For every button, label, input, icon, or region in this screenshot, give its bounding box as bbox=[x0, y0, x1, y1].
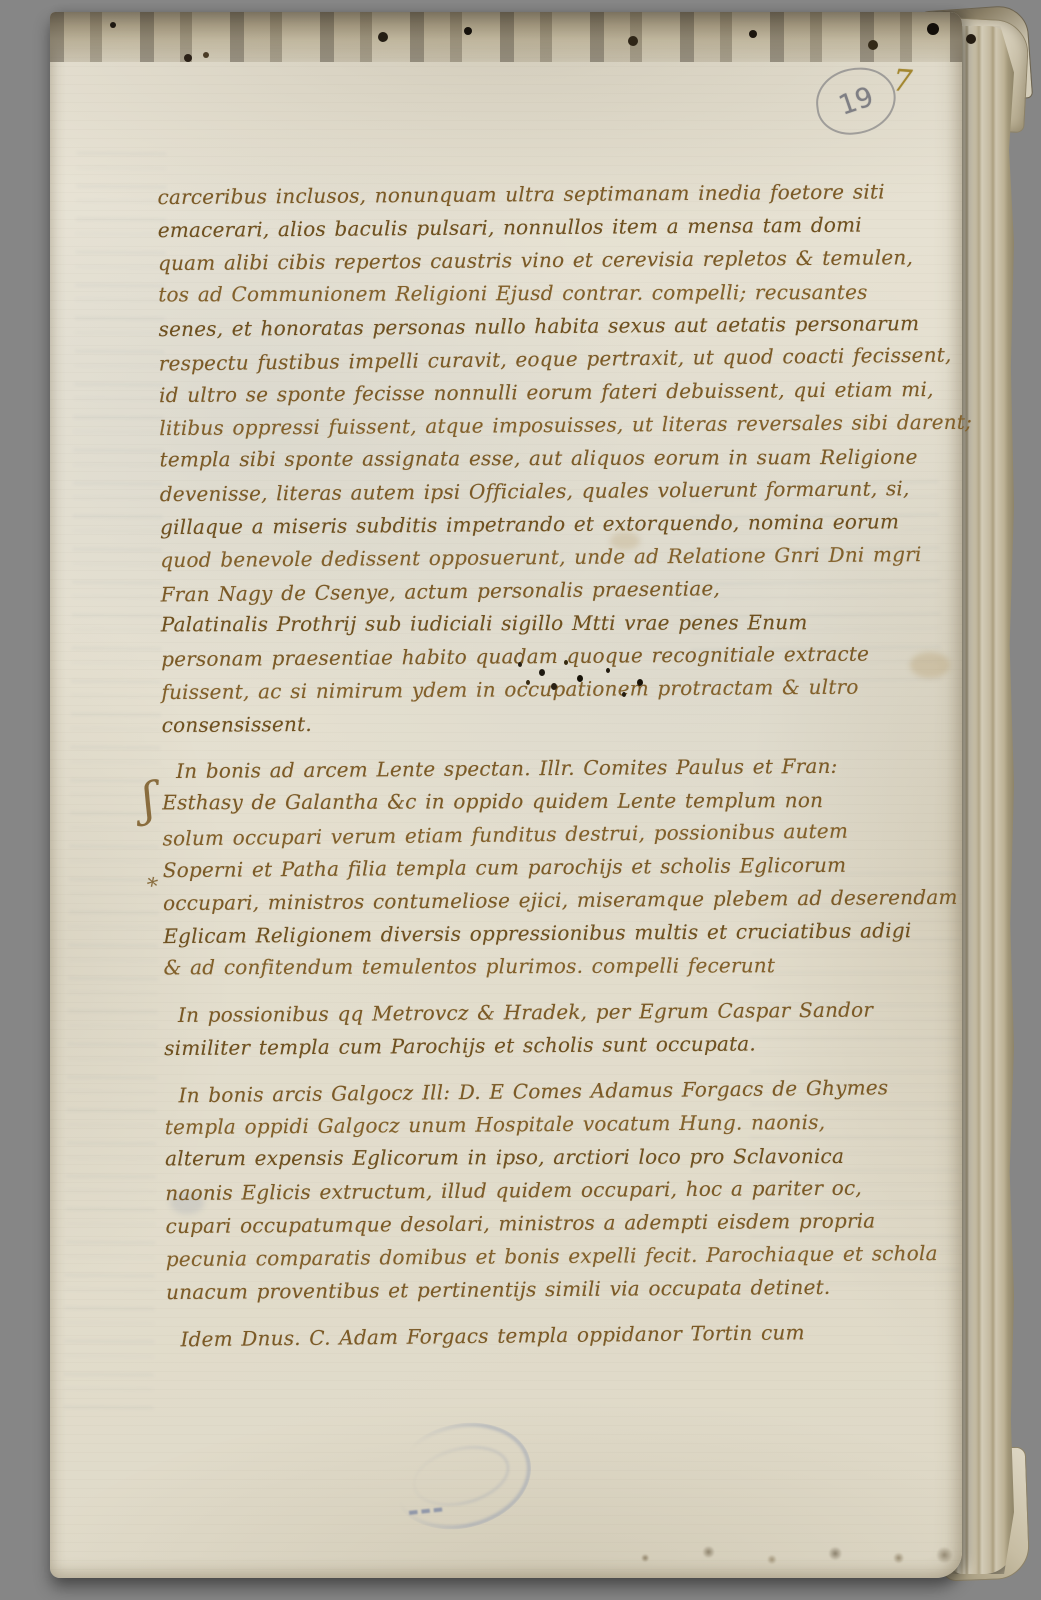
manuscript-line: litibus oppressi fuissent, atque imposui… bbox=[159, 406, 949, 445]
bottom-edge-stain bbox=[610, 1540, 962, 1570]
top-edge-dark-spots bbox=[110, 22, 116, 28]
pencil-folio-circle: 19 bbox=[812, 63, 899, 138]
manuscript-line: templa sibi sponte assignata esse, aut a… bbox=[160, 441, 950, 477]
manuscript-line: Idem Dnus. C. Adam Forgacs templa oppida… bbox=[166, 1315, 956, 1357]
manuscript-line: Palatinalis Prothrij sub iudiciali sigil… bbox=[161, 606, 951, 642]
manuscript-line: & ad confitendum temulentos plurimos. co… bbox=[164, 949, 954, 985]
manuscript-scan: 19 7 carceribus inclusos, nonunquam ultr… bbox=[0, 0, 1041, 1600]
manuscript-page: 19 7 carceribus inclusos, nonunquam ultr… bbox=[50, 12, 962, 1578]
tattered-top-edge bbox=[50, 12, 962, 62]
pencil-folio-number: 19 bbox=[835, 81, 878, 121]
manuscript-line: In bonis ad arcem Lente spectan. Illr. C… bbox=[162, 749, 952, 788]
manuscript-line: In possionibus qq Metrovcz & Hradek, per… bbox=[164, 993, 954, 1032]
manuscript-line: quam alibi cibis repertos caustris vino … bbox=[158, 241, 948, 280]
manuscript-line: fuissent, ac si nimirum ydem in occupati… bbox=[161, 670, 951, 709]
manuscript-text-block: carceribus inclusos, nonunquam ultra sep… bbox=[157, 175, 956, 1355]
manuscript-line: alterum expensis Eglicorum in ipso, arct… bbox=[165, 1140, 955, 1176]
archival-stamp bbox=[380, 1408, 543, 1543]
manuscript-line: unacum proventibus et pertinentijs simil… bbox=[166, 1270, 956, 1309]
manuscript-line: consensissent. bbox=[162, 703, 952, 742]
manuscript-line: pecunia comparatis domibus et bonis expe… bbox=[166, 1237, 956, 1276]
manuscript-line: tos ad Communionem Religioni Ejusd contr… bbox=[158, 276, 948, 312]
ink-speck-cluster bbox=[518, 662, 522, 667]
manuscript-line: Eglicam Religionem diversis oppressionib… bbox=[163, 914, 953, 953]
manuscript-line: similiter templa cum Parochijs et scholi… bbox=[164, 1026, 954, 1065]
ink-page-number: 7 bbox=[892, 63, 913, 99]
